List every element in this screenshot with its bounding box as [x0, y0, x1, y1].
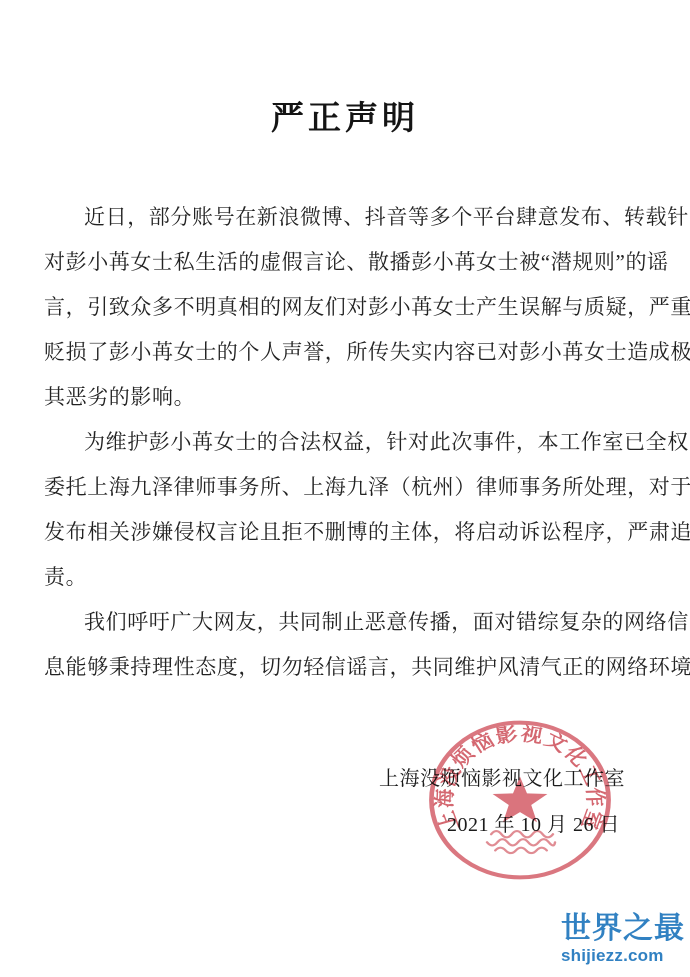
statement-line: 近日，部分账号在新浪微博、抖音等多个平台肆意发布、转载针	[44, 195, 648, 240]
document-page: 严正声明 近日，部分账号在新浪微博、抖音等多个平台肆意发布、转载针 对彭小苒女士…	[0, 0, 690, 977]
statement-line: 委托上海九泽律师事务所、上海九泽（杭州）律师事务所处理，对于	[44, 465, 648, 510]
statement-line: 其恶劣的影响。	[44, 375, 648, 420]
statement-body: 近日，部分账号在新浪微博、抖音等多个平台肆意发布、转载针 对彭小苒女士私生活的虚…	[44, 195, 648, 690]
statement-line: 对彭小苒女士私生活的虚假言论、散播彭小苒女士被“潜规则”的谣	[44, 240, 648, 285]
seal-ring	[431, 723, 608, 878]
statement-line: 责。	[44, 555, 648, 600]
watermark-domain: shijiezz.com	[561, 947, 689, 964]
statement-title: 严正声明	[0, 92, 690, 139]
statement-line: 为维护彭小苒女士的合法权益，针对此次事件，本工作室已全权	[44, 420, 648, 465]
statement-line: 贬损了彭小苒女士的个人声誉，所传失实内容已对彭小苒女士造成极	[44, 330, 648, 375]
watermark-logo: 世界之最	[561, 914, 689, 944]
signature-date: 2021 年 10 月 26 日	[447, 808, 620, 837]
statement-line: 息能够秉持理性态度，切勿轻信谣言，共同维护风清气正的网络环境。	[44, 645, 648, 690]
statement-line: 我们呼吁广大网友，共同制止恶意传播，面对错综复杂的网络信	[44, 600, 648, 645]
signature-company: 上海没烦恼影视文化工作室	[379, 762, 625, 791]
statement-line: 言，引致众多不明真相的网友们对彭小苒女士产生误解与质疑，严重	[44, 285, 648, 330]
company-seal-stamp: 上海没烦恼影视文化工作室	[405, 699, 636, 901]
statement-line: 发布相关涉嫌侵权言论且拒不删博的主体，将启动诉讼程序，严肃追	[44, 510, 648, 555]
watermark: 世界之最 shijiezz.com	[561, 914, 689, 964]
